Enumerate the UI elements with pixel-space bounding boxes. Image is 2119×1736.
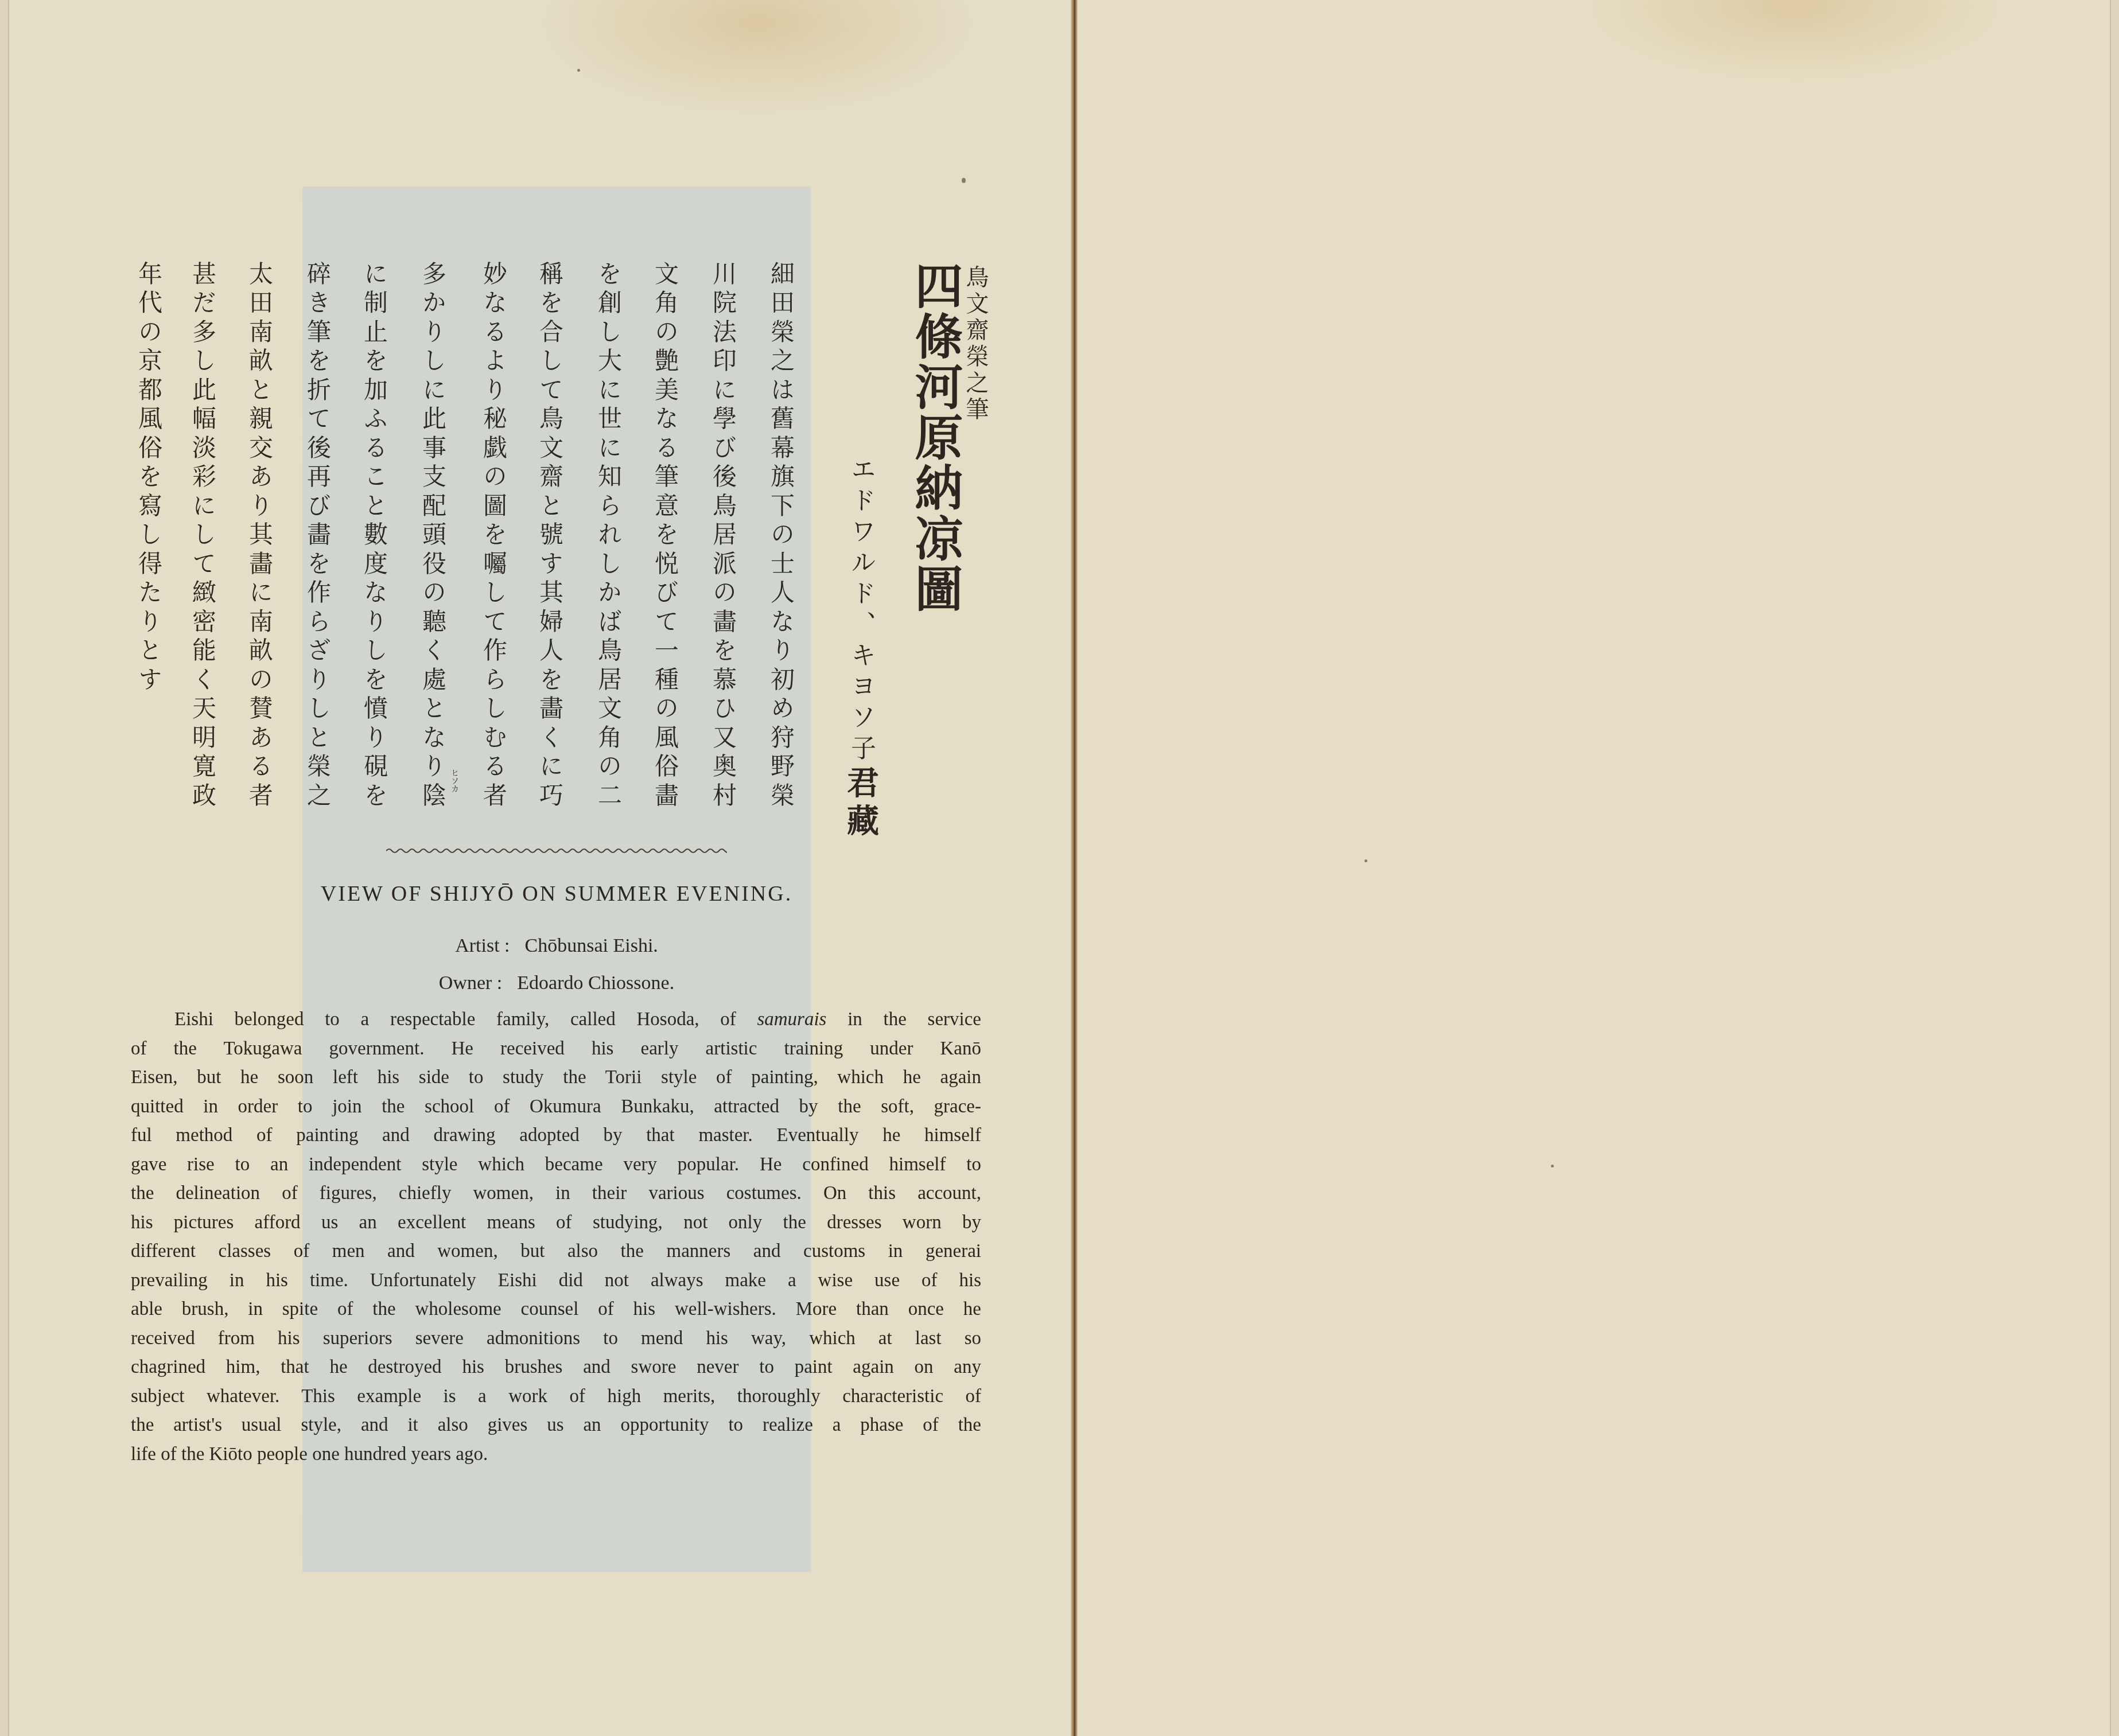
paragraph-line: of the Tokugawa government. He received … xyxy=(131,1034,981,1064)
paper-speck xyxy=(1364,859,1367,862)
body-column-jp: 川院法印に學び後鳥居派の畵を慕ひ又奥村 xyxy=(711,261,735,812)
book-spine xyxy=(1071,0,1078,1736)
page-title-jp: 四條河原納凉圖 xyxy=(901,261,970,614)
italic-term: samurais xyxy=(757,1009,826,1030)
paper-speck xyxy=(577,69,580,72)
paragraph-line: the delineation of figures, chiefly wome… xyxy=(131,1179,981,1208)
body-column-jp: 妙なるより秘戯の圖を囑して作らしむる者 xyxy=(481,261,506,812)
paper-speck xyxy=(962,178,966,183)
paragraph-line: life of the Kiōto people one hundred yea… xyxy=(131,1440,981,1469)
page-edge-right xyxy=(2110,0,2119,1736)
body-column-jp: 細田榮之は舊幕旗下の士人なり初め狩野榮 xyxy=(769,261,793,812)
paper-speck xyxy=(1551,1165,1554,1167)
owner-name: Edoardo Chiossone. xyxy=(517,972,674,994)
body-column-jp: 碎き筆を折て後再び畵を作らざりしと榮之 xyxy=(305,261,329,812)
body-column-jp: 文角の艶美なる筆意を悦びて一種の風俗畵 xyxy=(653,261,677,812)
paragraph-line: prevailing in his time. Unfortunately Ei… xyxy=(131,1266,981,1295)
paragraph-line: able brush, in spite of the wholesome co… xyxy=(131,1295,981,1324)
owner-credit-jp: エドワルド、キヨソ子君藏 xyxy=(838,456,884,842)
left-page: 鳥文齋榮之筆 四條河原納凉圖 エドワルド、キヨソ子君藏 細田榮之は舊幕旗下の士人… xyxy=(0,0,1074,1736)
artist-line: Artist :Chōbunsai Eishi. xyxy=(310,935,803,957)
owner-line: Owner :Edoardo Chiossone. xyxy=(310,972,803,994)
right-page xyxy=(1078,0,2119,1736)
paragraph-line: received from his superiors severe admon… xyxy=(131,1324,981,1353)
paragraph-line: the artist's usual style, and it also gi… xyxy=(131,1411,981,1440)
body-column-jp: に制止を加ふること數度なりしを憤り硯を xyxy=(362,261,386,812)
artist-label: Artist : xyxy=(455,935,510,956)
paragraph-line: quitted in order to join the school of O… xyxy=(131,1092,981,1122)
paragraph-line: ful method of painting and drawing adopt… xyxy=(131,1121,981,1150)
paragraph-line: subject whatever. This example is a work… xyxy=(131,1382,981,1411)
body-column-jp: 多かりしに此事支配頭役の聽く處となり陰 xyxy=(421,261,445,812)
body-column-jp: を創し大に世に知られしかば鳥居文角の二 xyxy=(596,261,620,812)
body-column-jp: 年代の京都風俗を寫し得たりとす xyxy=(137,261,161,696)
paragraph-line: different classes of men and women, but … xyxy=(131,1237,981,1266)
body-column-jp: 稱を合して鳥文齋と號す其婦人を畵くに巧 xyxy=(538,261,562,812)
owner-honorific-jp: 君藏 xyxy=(842,766,880,842)
artist-name: Chōbunsai Eishi. xyxy=(525,935,658,956)
paragraph-line: his pictures afford us an excellent mean… xyxy=(131,1208,981,1237)
description-paragraph: Eishi belonged to a respectable family, … xyxy=(131,1005,981,1469)
paragraph-line: Eishi belonged to a respectable family, … xyxy=(131,1005,981,1034)
wavy-divider xyxy=(386,847,727,855)
english-title: VIEW OF SHIJYŌ ON SUMMER EVENING. xyxy=(310,881,803,906)
paragraph-line: Eisen, but he soon left his side to stud… xyxy=(131,1063,981,1092)
body-column-jp: 甚だ多し此幅淡彩にして緻密能く天明寛政 xyxy=(190,261,215,812)
owner-label: Owner : xyxy=(439,972,502,994)
ruby-annotation: ヒソカ xyxy=(449,769,460,793)
owner-name-jp: エドワルド、キヨソ子 xyxy=(846,456,876,766)
paragraph-line: gave rise to an independent style which … xyxy=(131,1150,981,1180)
paragraph-line: chagrined him, that he destroyed his bru… xyxy=(131,1353,981,1382)
page-edge-left xyxy=(0,0,9,1736)
body-column-jp: 太田南畝と親交あり其畵に南畝の賛ある者 xyxy=(247,261,271,812)
